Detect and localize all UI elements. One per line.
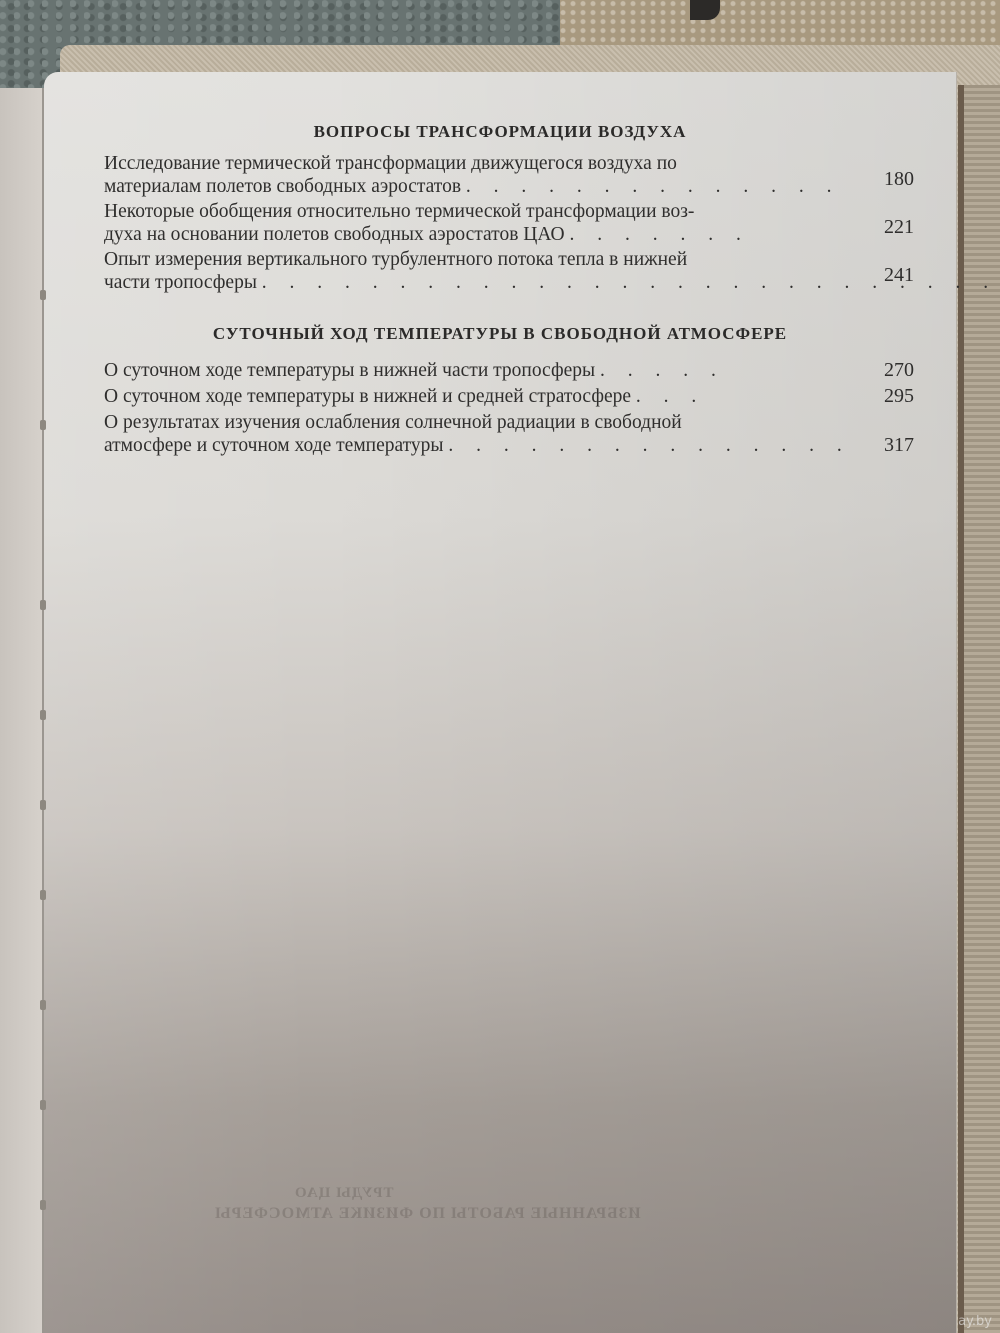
entry-line: части тропосферы . . . . . . . . . . . .… [104,271,834,294]
page-number: 317 [884,434,914,457]
watermark: ay.by [958,1314,992,1329]
entry-line: О суточном ходе температуры в нижней и с… [104,385,834,408]
entry-line: О результатах изучения ослабления солнеч… [104,411,834,434]
entry-line: О суточном ходе температуры в нижней час… [104,359,834,382]
toc-entry: О результатах изучения ослабления солнеч… [104,411,914,457]
entry-line: Исследование термической трансформации д… [104,152,834,175]
entry-line: духа на основании полетов свободных аэро… [104,223,834,246]
toc-entry: О суточном ходе температуры в нижней час… [104,359,914,382]
toc-entry: Исследование термической трансформации д… [104,152,914,198]
table-of-contents: ВОПРОСЫ ТРАНСФОРМАЦИИ ВОЗДУХА Исследован… [44,72,956,1333]
toc-entry: О суточном ходе температуры в нижней и с… [104,385,914,408]
page-number: 295 [884,385,914,408]
page-number: 180 [884,168,914,191]
section-title: СУТОЧНЫЙ ХОД ТЕМПЕРАТУРЫ В СВОБОДНОЙ АТМ… [44,324,956,344]
book-page: ВОПРОСЫ ТРАНСФОРМАЦИИ ВОЗДУХА Исследован… [44,72,956,1333]
background-shadow [690,0,720,20]
entry-line: Некоторые обобщения относительно термиче… [104,200,834,223]
entry-line: Опыт измерения вертикального турбулентно… [104,248,834,271]
entry-line: атмосфере и суточном ходе температуры . … [104,434,834,457]
page-number: 221 [884,216,914,239]
facing-page-edge [0,88,44,1333]
page-number: 270 [884,359,914,382]
entry-line: материалам полетов свободных аэростатов … [104,175,834,198]
toc-entry: Некоторые обобщения относительно термиче… [104,200,914,246]
section-title: ВОПРОСЫ ТРАНСФОРМАЦИИ ВОЗДУХА [44,122,956,142]
page-number: 241 [884,264,914,287]
toc-entry: Опыт измерения вертикального турбулентно… [104,248,914,294]
